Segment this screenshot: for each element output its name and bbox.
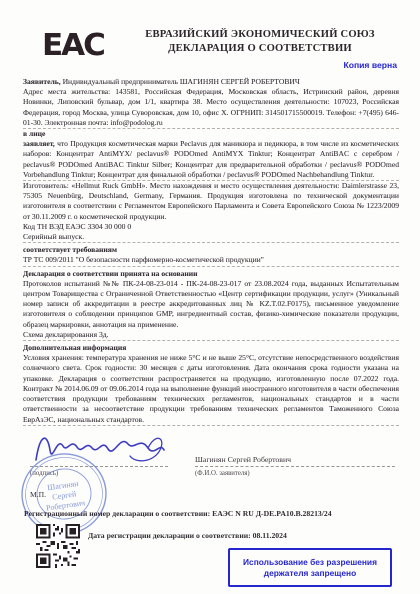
product-description: заявляет, что Продукция косметическая ма… — [23, 139, 399, 181]
document-header: ЕВРАЗИЙСКИЙ ЭКОНОМИЧЕСКИЙ СОЮЗ ДЕКЛАРАЦИ… — [112, 28, 408, 56]
applicant-fio: Шагинян Сергей Робертович — [195, 455, 291, 464]
product-text: что Продукция косметическая марки Peclav… — [23, 139, 399, 179]
registration-number-label: Регистрационный номер декларации о соотв… — [24, 509, 210, 518]
eac-logo: ЕАС — [42, 26, 90, 63]
in-person-line: в лице — [23, 129, 399, 139]
name-field-line — [195, 466, 395, 467]
applicant-label: Заявитель, — [23, 77, 61, 86]
union-title: ЕВРАЗИЙСКИЙ ЭКОНОМИЧЕСКИЙ СОЮЗ — [112, 28, 408, 42]
qr-code — [36, 524, 80, 568]
tnved-code: Код ТН ВЭД ЕАЭС 3304 30 000 0 — [23, 222, 399, 232]
fio-caption: (Ф.И.О. заявителя) — [195, 470, 250, 477]
additional-info-text: Условия хранения: температура хранения н… — [23, 353, 399, 425]
manufacturer-info: Изготовитель: «Hellmut Ruck GmbH». Место… — [23, 181, 399, 222]
declaration-body: Заявитель, Индивидуальный предпринимател… — [23, 77, 399, 427]
serial-release: Серийный выпуск. — [23, 232, 399, 243]
basis-text: Протоколов испытаний №№ ПК-24-08-23-014 … — [23, 279, 399, 330]
applicant-name: Индивидуальный предприниматель ШАГИНЯН С… — [63, 77, 300, 86]
declaration-scheme: Схема декларирования 3д. — [23, 330, 399, 341]
additional-info-heading: Дополнительная информация — [23, 343, 399, 353]
registration-date-line: Дата регистрации декларации о соответств… — [88, 531, 398, 540]
applicant-address: Адрес места жительства: 143581, Российск… — [23, 87, 399, 129]
registration-date-value: 08.11.2024 — [253, 531, 287, 540]
registration-number-value: ЕАЭС N RU Д-DE.PA10.B.28213/24 — [212, 509, 332, 518]
registration-number-line: Регистрационный номер декларации о соотв… — [24, 509, 404, 518]
restriction-text-line1: Использование без разрешения — [243, 557, 377, 568]
complies-heading: соответствует требованиям — [23, 245, 399, 255]
registration-date-label: Дата регистрации декларации о соответств… — [88, 531, 251, 540]
declares-label: заявляет, — [23, 139, 55, 148]
declaration-document: ЕАС ЕВРАЗИЙСКИЙ ЭКОНОМИЧЕСКИЙ СОЮЗ ДЕКЛА… — [0, 0, 420, 594]
document-title: ДЕКЛАРАЦИЯ О СООТВЕТСТВИИ — [112, 42, 408, 56]
basis-heading: Декларация о соответствии принята на осн… — [23, 269, 399, 279]
regulation-reference: ТР ТС 009/2011 "О безопасности парфюмерн… — [23, 255, 399, 266]
copy-verified-note: Копия верна — [343, 60, 397, 70]
usage-restriction-box: Использование без разрешения держателя з… — [228, 548, 392, 587]
applicant-line: Заявитель, Индивидуальный предпринимател… — [23, 77, 399, 87]
restriction-text-line2: держателя запрещено — [264, 568, 356, 579]
